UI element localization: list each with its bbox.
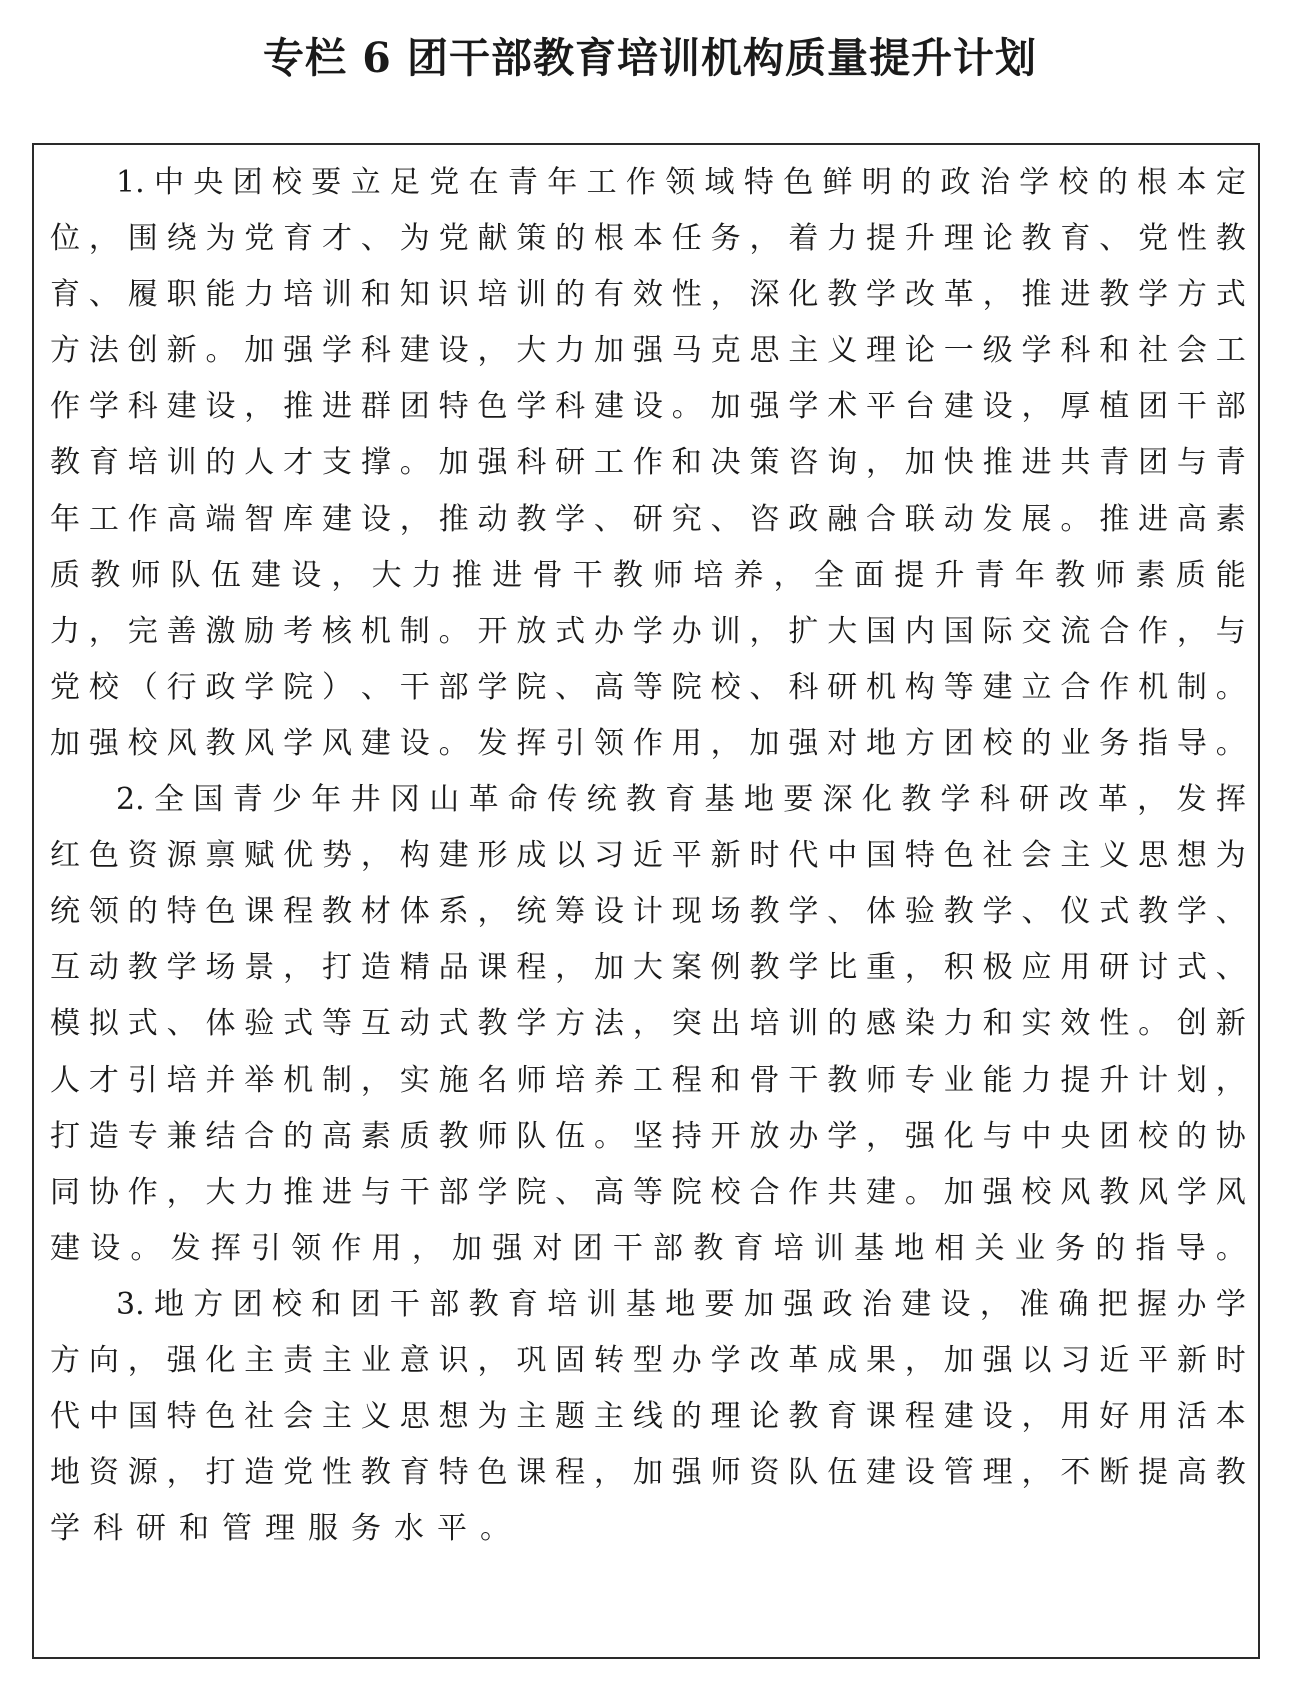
text-line: 互动教学场景，打造精品课程，加大案例教学比重，积极应用研讨式、 [50, 940, 1246, 996]
column-box: 1.中央团校要立足党在青年工作领域特色鲜明的政治学校的根本定 位，围绕为党育才、… [32, 143, 1260, 1659]
text-line: 方法创新。加强学科建设，大力加强马克思主义理论一级学科和社会工 [50, 323, 1246, 379]
text-line: 打造专兼结合的高素质教师队伍。坚持开放办学，强化与中央团校的协 [50, 1109, 1246, 1165]
text-line: 年工作高端智库建设，推动教学、研究、咨政融合联动发展。推进高素 [50, 492, 1246, 548]
text-line: 加强校风教风学风建设。发挥引领作用，加强对地方团校的业务指导。 [50, 716, 1246, 772]
page-title: 专栏 6 团干部教育培训机构质量提升计划 [0, 28, 1300, 88]
paragraph-3: 3.地方团校和团干部教育培训基地要加强政治建设，准确把握办学 方向，强化主责主业… [50, 1277, 1246, 1557]
text-line: 位，围绕为党育才、为党献策的根本任务，着力提升理论教育、党性教 [50, 211, 1246, 267]
text-line: 教育培训的人才支撑。加强科研工作和决策咨询，加快推进共青团与青 [50, 435, 1246, 491]
text-line: 力，完善激励考核机制。开放式办学办训，扩大国内国际交流合作，与 [50, 604, 1246, 660]
text-line: 2.全国青少年井冈山革命传统教育基地要深化教学科研改革，发挥 [50, 772, 1246, 828]
text-line: 建设。发挥引领作用，加强对团干部教育培训基地相关业务的指导。 [50, 1221, 1246, 1277]
paragraph-2: 2.全国青少年井冈山革命传统教育基地要深化教学科研改革，发挥 红色资源禀赋优势，… [50, 772, 1246, 1277]
text-line: 学科研和管理服务水平。 [50, 1501, 1246, 1557]
text-line: 同协作，大力推进与干部学院、高等院校合作共建。加强校风教风学风 [50, 1165, 1246, 1221]
text-line: 育、履职能力培训和知识培训的有效性，深化教学改革，推进教学方式 [50, 267, 1246, 323]
text-line: 模拟式、体验式等互动式教学方法，突出培训的感染力和实效性。创新 [50, 996, 1246, 1052]
text-line: 方向，强化主责主业意识，巩固转型办学改革成果，加强以习近平新时 [50, 1333, 1246, 1389]
text-line: 作学科建设，推进群团特色学科建设。加强学术平台建设，厚植团干部 [50, 379, 1246, 435]
text-line: 党校（行政学院）、干部学院、高等院校、科研机构等建立合作机制。 [50, 660, 1246, 716]
text-line: 代中国特色社会主义思想为主题主线的理论教育课程建设，用好用活本 [50, 1389, 1246, 1445]
text-line: 3.地方团校和团干部教育培训基地要加强政治建设，准确把握办学 [50, 1277, 1246, 1333]
paragraph-1: 1.中央团校要立足党在青年工作领域特色鲜明的政治学校的根本定 位，围绕为党育才、… [50, 155, 1246, 772]
text-line: 1.中央团校要立足党在青年工作领域特色鲜明的政治学校的根本定 [50, 155, 1246, 211]
text-line: 统领的特色课程教材体系，统筹设计现场教学、体验教学、仪式教学、 [50, 884, 1246, 940]
text-line: 地资源，打造党性教育特色课程，加强师资队伍建设管理，不断提高教 [50, 1445, 1246, 1501]
text-line: 质教师队伍建设，大力推进骨干教师培养，全面提升青年教师素质能 [50, 548, 1246, 604]
column-body: 1.中央团校要立足党在青年工作领域特色鲜明的政治学校的根本定 位，围绕为党育才、… [50, 155, 1246, 1557]
text-line: 人才引培并举机制，实施名师培养工程和骨干教师专业能力提升计划， [50, 1053, 1246, 1109]
text-line: 红色资源禀赋优势，构建形成以习近平新时代中国特色社会主义思想为 [50, 828, 1246, 884]
